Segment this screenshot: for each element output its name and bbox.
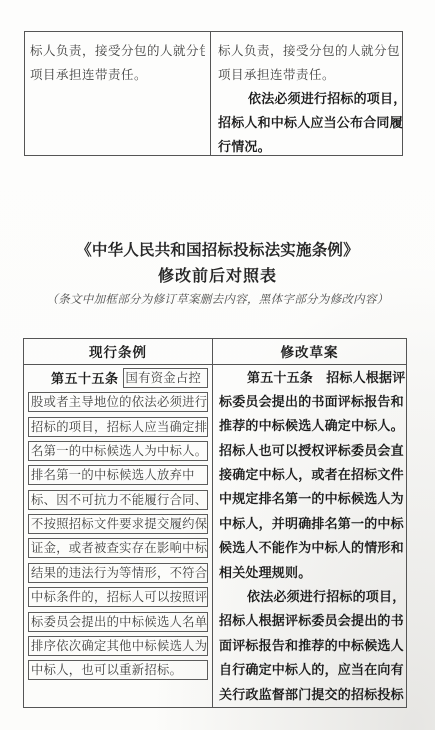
revised-text-line: 招标人也可以授权评标委员会直 [213,439,411,463]
revised-text-line: 相关处理规则。 [213,561,411,585]
revised-text-line: 关行政监督部门提交的招标投标 [213,683,411,707]
page-title-line1: 《中华人民共和国招标投标法实施条例》 [0,238,435,260]
article-number: 第五十五条 [51,368,119,387]
deleted-text-box: 标委员会提出的中标候选人名单 [28,612,208,632]
comparison-table: 现行条例 修改草案 第五十五条 国有资金占控 股或者主导地位的依法必须进行 招标… [23,338,407,708]
table-row: 中标人，也可以重新招标。 [24,658,212,682]
table-row: 股或者主导地位的依法必须进行 [24,390,212,414]
comparison-table-header: 现行条例 修改草案 [24,339,406,365]
revised-text-line: 标委员会提出的书面评标报告和 [213,390,411,414]
table-row: 不按照招标文件要求提交履约保 [24,512,212,536]
deleted-text-box: 名第一的中标候选人为中标人。 [28,441,208,461]
revised-text-line: 自行确定中标人的，应当在向有 [213,658,411,682]
deleted-text-box: 中标条件的，招标人可以按照评 [28,587,208,607]
deleted-text-box: 中标人，也可以重新招标。 [28,660,208,680]
page-subtitle-note: （条文中加框部分为修订草案删去内容，黑体字部分为修改内容） [0,291,435,307]
top-table-draft-cell: 标人负责，接受分包的人就分包 项目承担连带责任。 依法必须进行招标的项目， 招标… [211,32,413,155]
revised-text-line: 推荐的中标候选人确定中标人。 [213,414,411,438]
top-table-current-cell: 标人负责，接受分包的人就分包 项目承担连带责任。 [25,32,211,155]
revised-text-line: 接确定中标人，或者在招标文件 [213,463,411,487]
revised-text-line: 招标人和中标人应当公布合同履 [218,111,406,135]
table-text-line: 标人负责，接受分包的人就分包 [218,39,406,63]
column-header-current: 现行条例 [24,339,213,364]
current-regulation-column: 第五十五条 国有资金占控 股或者主导地位的依法必须进行 招标的项目，招标人应当确… [24,365,213,707]
table-row: 排名第一的中标候选人放弃中 [24,463,212,487]
document-page: 标人负责，接受分包的人就分包 项目承担连带责任。 标人负责，接受分包的人就分包 … [0,0,435,730]
deleted-text-box: 结果的违法行为等情形，不符合 [28,563,208,583]
table-row: 招标的项目，招标人应当确定排 [24,414,212,438]
draft-revision-column: 第五十五条 招标人根据评 标委员会提出的书面评标报告和 推荐的中标候选人确定中标… [213,365,411,707]
revised-text-line: 第五十五条 招标人根据评 [213,366,411,390]
table-row: 排序依次确定其他中标候选人为 [24,634,212,658]
deleted-text-box: 不按照招标文件要求提交履约保 [28,514,208,534]
revised-text-line: 面评标报告和推荐的中标候选人 [213,634,411,658]
deleted-text-box: 排名第一的中标候选人放弃中 [28,465,208,485]
revised-text-line: 招标人根据评标委员会提出的书 [213,609,411,633]
table-row: 证金，或者被查实存在影响中标 [24,536,212,560]
deleted-text-box: 国有资金占控 [123,368,208,388]
table-row: 名第一的中标候选人为中标人。 [24,439,212,463]
revised-text-line: 依法必须进行招标的项目， [213,585,411,609]
table-row: 中标条件的，招标人可以按照评 [24,585,212,609]
deleted-text-box: 招标的项目，招标人应当确定排 [28,417,208,437]
table-text-line: 项目承担连带责任。 [30,63,205,87]
table-row: 第五十五条 国有资金占控 [24,366,212,390]
top-table-fragment: 标人负责，接受分包的人就分包 项目承担连带责任。 标人负责，接受分包的人就分包 … [24,31,403,156]
table-text-line: 项目承担连带责任。 [218,63,406,87]
comparison-table-body: 第五十五条 国有资金占控 股或者主导地位的依法必须进行 招标的项目，招标人应当确… [24,365,406,707]
deleted-text-box: 标、因不可抗力不能履行合同、 [28,490,208,510]
table-row: 标委员会提出的中标候选人名单 [24,609,212,633]
revised-text-line: 中规定排名第一的中标候选人为 [213,487,411,511]
deleted-text-box: 排序依次确定其他中标候选人为 [28,636,208,656]
revised-text-line: 候选人不能作为中标人的情形和 [213,536,411,560]
revised-text-line: 中标人，并明确排名第一的中标 [213,512,411,536]
table-text-line: 标人负责，接受分包的人就分包 [30,39,205,63]
table-row: 标、因不可抗力不能履行合同、 [24,487,212,511]
table-row: 结果的违法行为等情形，不符合 [24,561,212,585]
page-title-line2: 修改前后对照表 [0,263,435,286]
column-header-draft: 修改草案 [213,339,406,364]
revised-text-line: 依法必须进行招标的项目， [218,87,406,111]
deleted-text-box: 股或者主导地位的依法必须进行 [28,392,208,412]
revised-text-line: 行情况。 [218,135,406,159]
deleted-text-box: 证金，或者被查实存在影响中标 [28,538,208,558]
